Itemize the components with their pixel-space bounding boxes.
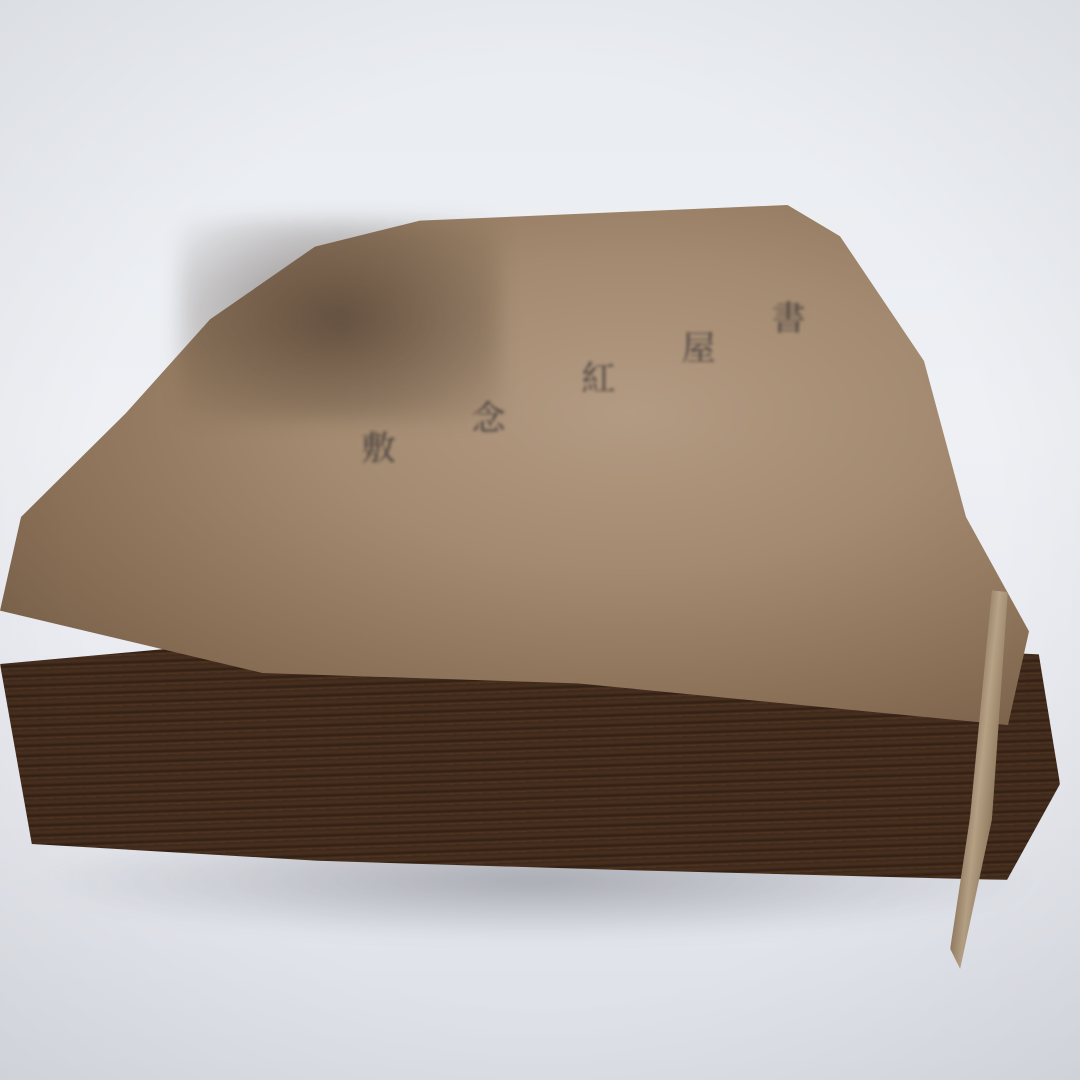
vignette — [0, 0, 1080, 1080]
photo-scene: 書 屋 紅 念 敷 — [0, 0, 1080, 1080]
